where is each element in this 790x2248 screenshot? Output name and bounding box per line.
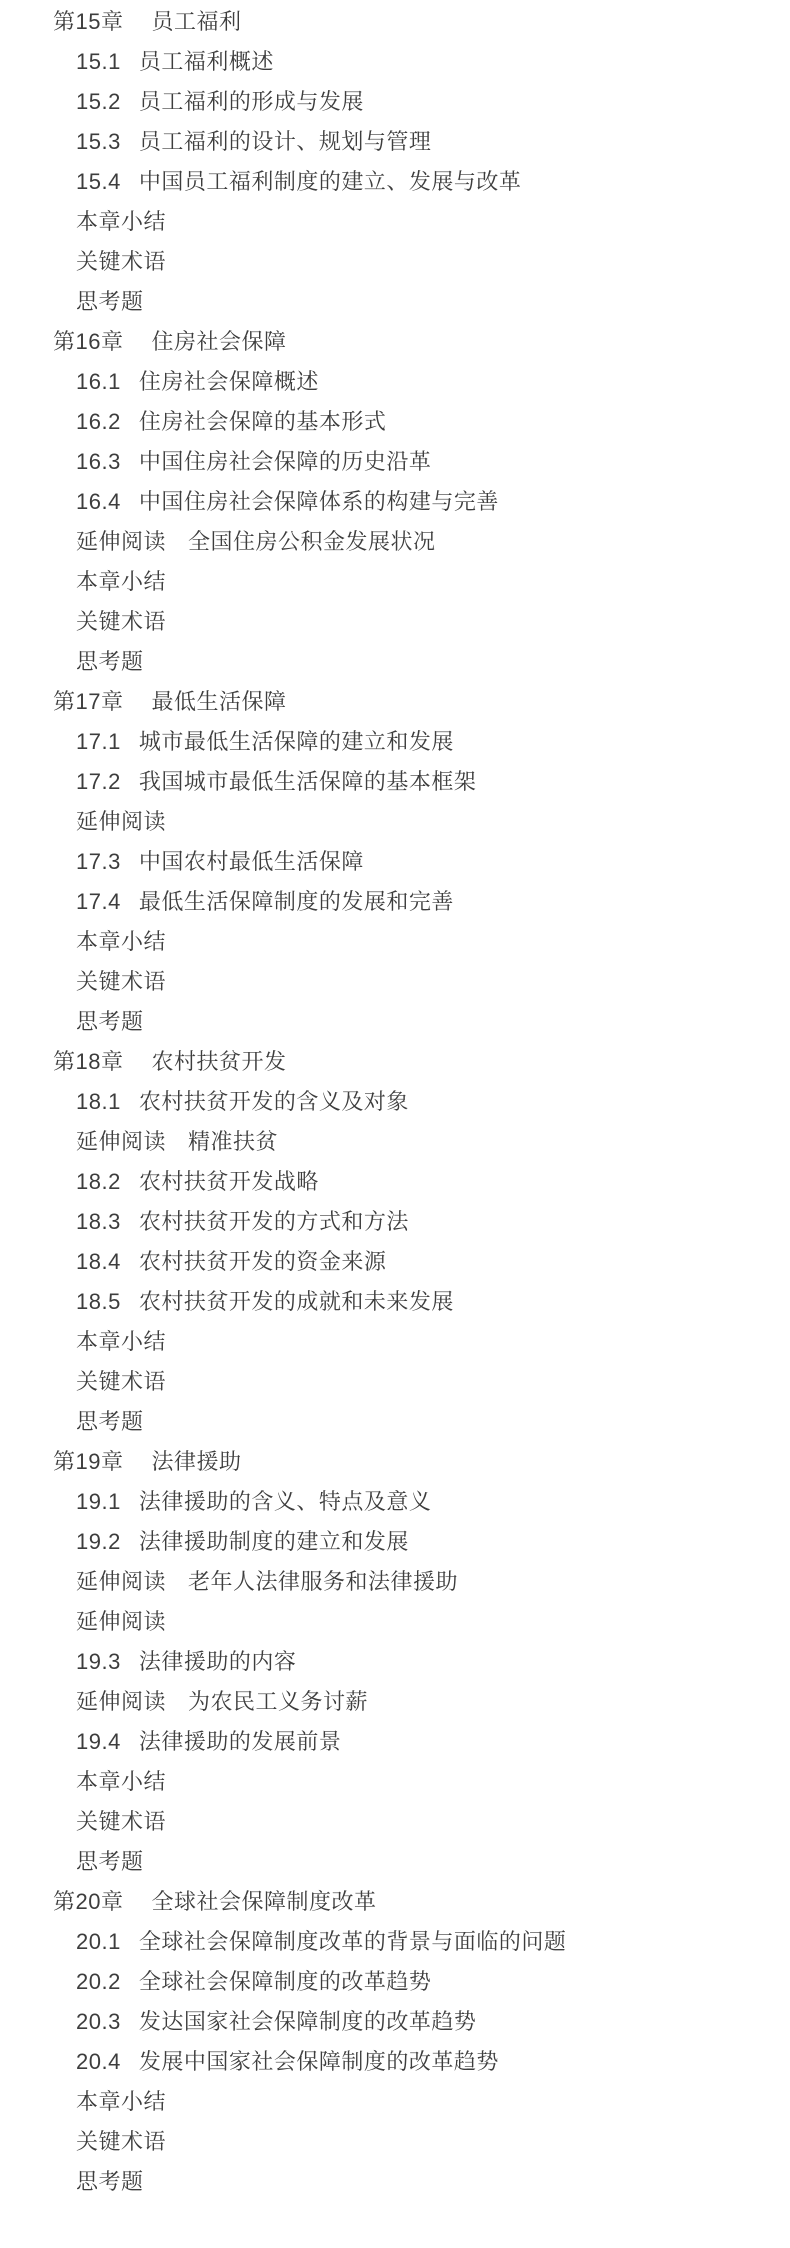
entry-number: 18.4: [76, 1242, 121, 1282]
toc-entry-row: 20.4发展中国家社会保障制度的改革趋势: [0, 2042, 790, 2082]
entry-title: 关键术语: [76, 2122, 166, 2162]
chapter-title: 法律援助: [151, 1442, 241, 1482]
toc-entry-row: 18.5农村扶贫开发的成就和未来发展: [0, 1282, 790, 1322]
entry-title: 法律援助的发展前景: [139, 1722, 342, 1762]
toc-entry-row: 19.3法律援助的内容: [0, 1642, 790, 1682]
entry-title: 本章小结: [76, 202, 166, 242]
toc-entry-row: 17.2我国城市最低生活保障的基本框架: [0, 762, 790, 802]
toc-entry-row: 18.3农村扶贫开发的方式和方法: [0, 1202, 790, 1242]
entry-title: 发展中国家社会保障制度的改革趋势: [139, 2042, 499, 2082]
toc-entry-row: 17.4最低生活保障制度的发展和完善: [0, 882, 790, 922]
toc-entry-row: 17.3中国农村最低生活保障: [0, 842, 790, 882]
entry-number: 18.3: [76, 1202, 121, 1242]
toc-chapter-row: 第16章住房社会保障: [0, 322, 790, 362]
entry-title: 全球社会保障制度的改革趋势: [139, 1962, 432, 2002]
entry-title: 全球社会保障制度改革的背景与面临的问题: [139, 1922, 567, 1962]
toc-entry-row: 20.3发达国家社会保障制度的改革趋势: [0, 2002, 790, 2042]
toc-entry-row: 19.1法律援助的含义、特点及意义: [0, 1482, 790, 1522]
entry-title: 思考题: [76, 1402, 144, 1442]
entry-number: 18.1: [76, 1082, 121, 1122]
chapter-title: 最低生活保障: [151, 682, 286, 722]
entry-title: 住房社会保障概述: [139, 362, 319, 402]
entry-title: 我国城市最低生活保障的基本框架: [139, 762, 477, 802]
entry-number: 20.3: [76, 2002, 121, 2042]
entry-number: 15.2: [76, 82, 121, 122]
chapter-title: 全球社会保障制度改革: [151, 1882, 376, 1922]
entry-title: 农村扶贫开发的含义及对象: [139, 1082, 409, 1122]
entry-title: 思考题: [76, 282, 144, 322]
toc-entry-row: 19.4法律援助的发展前景: [0, 1722, 790, 1762]
chapter-title: 农村扶贫开发: [151, 1042, 286, 1082]
toc-entry-row: 延伸阅读全国住房公积金发展状况: [0, 522, 790, 562]
entry-title: 本章小结: [76, 1762, 166, 1802]
entry-number: 延伸阅读: [76, 1122, 166, 1162]
entry-title: 最低生活保障制度的发展和完善: [139, 882, 454, 922]
entry-title: 法律援助的内容: [139, 1642, 297, 1682]
entry-title: 本章小结: [76, 1322, 166, 1362]
entry-number: 16.4: [76, 482, 121, 522]
toc-entry-row: 本章小结: [0, 562, 790, 602]
entry-title: 本章小结: [76, 2082, 166, 2122]
entry-number: 延伸阅读: [76, 522, 166, 562]
toc-entry-row: 本章小结: [0, 2082, 790, 2122]
toc-entry-row: 关键术语: [0, 602, 790, 642]
entry-title: 法律援助制度的建立和发展: [139, 1522, 409, 1562]
toc-entry-row: 思考题: [0, 282, 790, 322]
toc-entry-row: 15.4中国员工福利制度的建立、发展与改革: [0, 162, 790, 202]
entry-title: 思考题: [76, 1002, 144, 1042]
toc-entry-row: 关键术语: [0, 242, 790, 282]
toc-entry-row: 思考题: [0, 2162, 790, 2202]
chapter-title: 员工福利: [151, 2, 241, 42]
toc-entry-row: 延伸阅读为农民工义务讨薪: [0, 1682, 790, 1722]
entry-title: 关键术语: [76, 602, 166, 642]
chapter-number: 第19章: [53, 1442, 123, 1482]
entry-title: 员工福利的设计、规划与管理: [139, 122, 432, 162]
entry-number: 延伸阅读: [76, 1562, 166, 1602]
toc-entry-row: 18.2农村扶贫开发战略: [0, 1162, 790, 1202]
toc-entry-row: 16.3中国住房社会保障的历史沿革: [0, 442, 790, 482]
entry-title: 本章小结: [76, 922, 166, 962]
entry-title: 关键术语: [76, 1802, 166, 1842]
chapter-number: 第17章: [53, 682, 123, 722]
entry-number: 17.3: [76, 842, 121, 882]
entry-title: 关键术语: [76, 1362, 166, 1402]
entry-number: 18.5: [76, 1282, 121, 1322]
entry-title: 员工福利概述: [139, 42, 274, 82]
entry-title: 思考题: [76, 642, 144, 682]
entry-number: 19.2: [76, 1522, 121, 1562]
toc-entry-row: 关键术语: [0, 962, 790, 1002]
entry-title: 本章小结: [76, 562, 166, 602]
toc-entry-row: 延伸阅读: [0, 1602, 790, 1642]
chapter-number: 第20章: [53, 1882, 123, 1922]
toc-entry-row: 延伸阅读: [0, 802, 790, 842]
entry-title: 老年人法律服务和法律援助: [188, 1562, 458, 1602]
toc-entry-row: 延伸阅读老年人法律服务和法律援助: [0, 1562, 790, 1602]
toc-entry-row: 16.2住房社会保障的基本形式: [0, 402, 790, 442]
book-toc-page: { "page": { "background_color": "#ffffff…: [0, 0, 790, 2248]
entry-number: 延伸阅读: [76, 1682, 166, 1722]
entry-title: 住房社会保障的基本形式: [139, 402, 387, 442]
toc-entry-row: 20.2全球社会保障制度的改革趋势: [0, 1962, 790, 2002]
entry-title: 全国住房公积金发展状况: [188, 522, 436, 562]
entry-number: 19.3: [76, 1642, 121, 1682]
entry-number: 16.3: [76, 442, 121, 482]
entry-number: 15.1: [76, 42, 121, 82]
toc-entry-row: 19.2法律援助制度的建立和发展: [0, 1522, 790, 1562]
toc-entry-row: 本章小结: [0, 922, 790, 962]
toc-entry-row: 18.1农村扶贫开发的含义及对象: [0, 1082, 790, 1122]
toc-entry-row: 15.2员工福利的形成与发展: [0, 82, 790, 122]
toc-entry-row: 15.3员工福利的设计、规划与管理: [0, 122, 790, 162]
entry-title: 思考题: [76, 2162, 144, 2202]
toc-entry-row: 思考题: [0, 1002, 790, 1042]
entry-title: 农村扶贫开发的方式和方法: [139, 1202, 409, 1242]
toc-entry-row: 思考题: [0, 642, 790, 682]
toc-chapter-row: 第19章法律援助: [0, 1442, 790, 1482]
entry-title: 法律援助的含义、特点及意义: [139, 1482, 432, 1522]
toc-entry-row: 16.1住房社会保障概述: [0, 362, 790, 402]
toc-entry-row: 本章小结: [0, 1322, 790, 1362]
toc-entry-row: 思考题: [0, 1402, 790, 1442]
entry-title: 发达国家社会保障制度的改革趋势: [139, 2002, 477, 2042]
entry-title: 农村扶贫开发的成就和未来发展: [139, 1282, 454, 1322]
entry-title: 思考题: [76, 1842, 144, 1882]
entry-title: 中国员工福利制度的建立、发展与改革: [139, 162, 522, 202]
entry-title: 农村扶贫开发战略: [139, 1162, 319, 1202]
toc-entry-row: 关键术语: [0, 1362, 790, 1402]
toc-chapter-row: 第17章最低生活保障: [0, 682, 790, 722]
chapter-number: 第18章: [53, 1042, 123, 1082]
entry-title: 中国住房社会保障的历史沿革: [139, 442, 432, 482]
entry-title: 精准扶贫: [188, 1122, 278, 1162]
toc-chapter-row: 第20章全球社会保障制度改革: [0, 1882, 790, 1922]
toc-entry-row: 关键术语: [0, 1802, 790, 1842]
toc-entry-row: 本章小结: [0, 1762, 790, 1802]
toc-chapter-row: 第18章农村扶贫开发: [0, 1042, 790, 1082]
entry-title: 农村扶贫开发的资金来源: [139, 1242, 387, 1282]
entry-number: 15.3: [76, 122, 121, 162]
entry-number: 20.2: [76, 1962, 121, 2002]
entry-number: 20.1: [76, 1922, 121, 1962]
entry-number: 20.4: [76, 2042, 121, 2082]
entry-number: 15.4: [76, 162, 121, 202]
entry-number: 延伸阅读: [76, 802, 166, 842]
toc-entry-row: 15.1员工福利概述: [0, 42, 790, 82]
toc-entry-row: 关键术语: [0, 2122, 790, 2162]
entry-number: 17.2: [76, 762, 121, 802]
chapter-title: 住房社会保障: [151, 322, 286, 362]
entry-title: 员工福利的形成与发展: [139, 82, 364, 122]
entry-number: 16.1: [76, 362, 121, 402]
toc-chapter-row: 第15章员工福利: [0, 2, 790, 42]
entry-number: 延伸阅读: [76, 1602, 166, 1642]
entry-number: 17.4: [76, 882, 121, 922]
entry-title: 中国住房社会保障体系的构建与完善: [139, 482, 499, 522]
toc-entry-row: 思考题: [0, 1842, 790, 1882]
entry-title: 关键术语: [76, 242, 166, 282]
chapter-number: 第15章: [53, 2, 123, 42]
entry-number: 17.1: [76, 722, 121, 762]
toc-entry-row: 16.4中国住房社会保障体系的构建与完善: [0, 482, 790, 522]
toc-entry-row: 17.1城市最低生活保障的建立和发展: [0, 722, 790, 762]
entry-number: 19.1: [76, 1482, 121, 1522]
entry-number: 18.2: [76, 1162, 121, 1202]
entry-title: 为农民工义务讨薪: [188, 1682, 368, 1722]
entry-title: 中国农村最低生活保障: [139, 842, 364, 882]
toc-entry-row: 延伸阅读精准扶贫: [0, 1122, 790, 1162]
entry-number: 16.2: [76, 402, 121, 442]
entry-number: 19.4: [76, 1722, 121, 1762]
entry-title: 关键术语: [76, 962, 166, 1002]
chapter-number: 第16章: [53, 322, 123, 362]
toc-entry-row: 本章小结: [0, 202, 790, 242]
toc-entry-row: 18.4农村扶贫开发的资金来源: [0, 1242, 790, 1282]
toc-entry-row: 20.1全球社会保障制度改革的背景与面临的问题: [0, 1922, 790, 1962]
table-of-contents: 第15章员工福利 15.1员工福利概述 15.2员工福利的形成与发展 15.3员…: [0, 0, 790, 2248]
entry-title: 城市最低生活保障的建立和发展: [139, 722, 454, 762]
